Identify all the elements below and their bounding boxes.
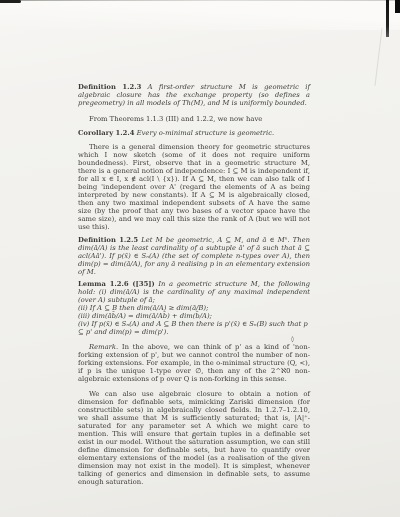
remark-label: Remark. (89, 343, 118, 351)
lemma-item-ii: (ii) If A ⊆ B then dim(ā/A) ≥ dim(ā/B); (78, 304, 310, 312)
dimension-theory-paragraph: There is a general dimension theory for … (78, 143, 310, 231)
lemma-1-2-6-label: Lemma 1.2.6 ([35]) (78, 280, 155, 288)
lemma-item-iii: (iii) dim(āb̄/A) = dim(ā/Ab̄) + dim(b̄/A… (78, 312, 310, 320)
corollary-1-2-4: Corollary 1.2.4 Every o-minimal structur… (78, 129, 310, 137)
scan-artifact-top-edge (0, 0, 400, 1)
corollary-1-2-4-body: Every o-minimal structure is geometric. (137, 129, 275, 137)
definition-1-2-3-label: Definition 1.2.3 (78, 83, 141, 91)
text-column: Definition 1.2.3 A first-order structure… (78, 83, 310, 486)
paper-sheen (0, 0, 400, 30)
definition-1-2-3: Definition 1.2.3 A first-order structure… (78, 83, 310, 107)
scanned-page: Definition 1.2.3 A first-order structure… (0, 0, 400, 517)
scan-artifact-top-left-streak (0, 0, 21, 3)
scan-artifact-corner-mark (395, 0, 400, 13)
corollary-1-2-4-label: Corollary 1.2.4 (78, 129, 134, 137)
lemma-item-iv: (iv) If p(x̄) ∈ Sₙ(A) and A ⊆ B then the… (78, 320, 310, 336)
remark-paragraph: Remark. In the above, we can think of p'… (78, 343, 310, 383)
lemma-1-2-6: Lemma 1.2.6 ([35]) In a geometric struct… (78, 280, 310, 304)
definition-1-2-5-label: Definition 1.2.5 (78, 236, 138, 244)
paper-crease (374, 28, 382, 86)
page-number: 6 (78, 433, 310, 441)
definition-1-2-5: Definition 1.2.5 Let M be geometric, A ⊆… (78, 236, 310, 276)
intro-line: From Theorems 1.1.3 (III) and 1.2.2, we … (78, 115, 310, 123)
scan-artifact-right-bar (386, 0, 389, 37)
